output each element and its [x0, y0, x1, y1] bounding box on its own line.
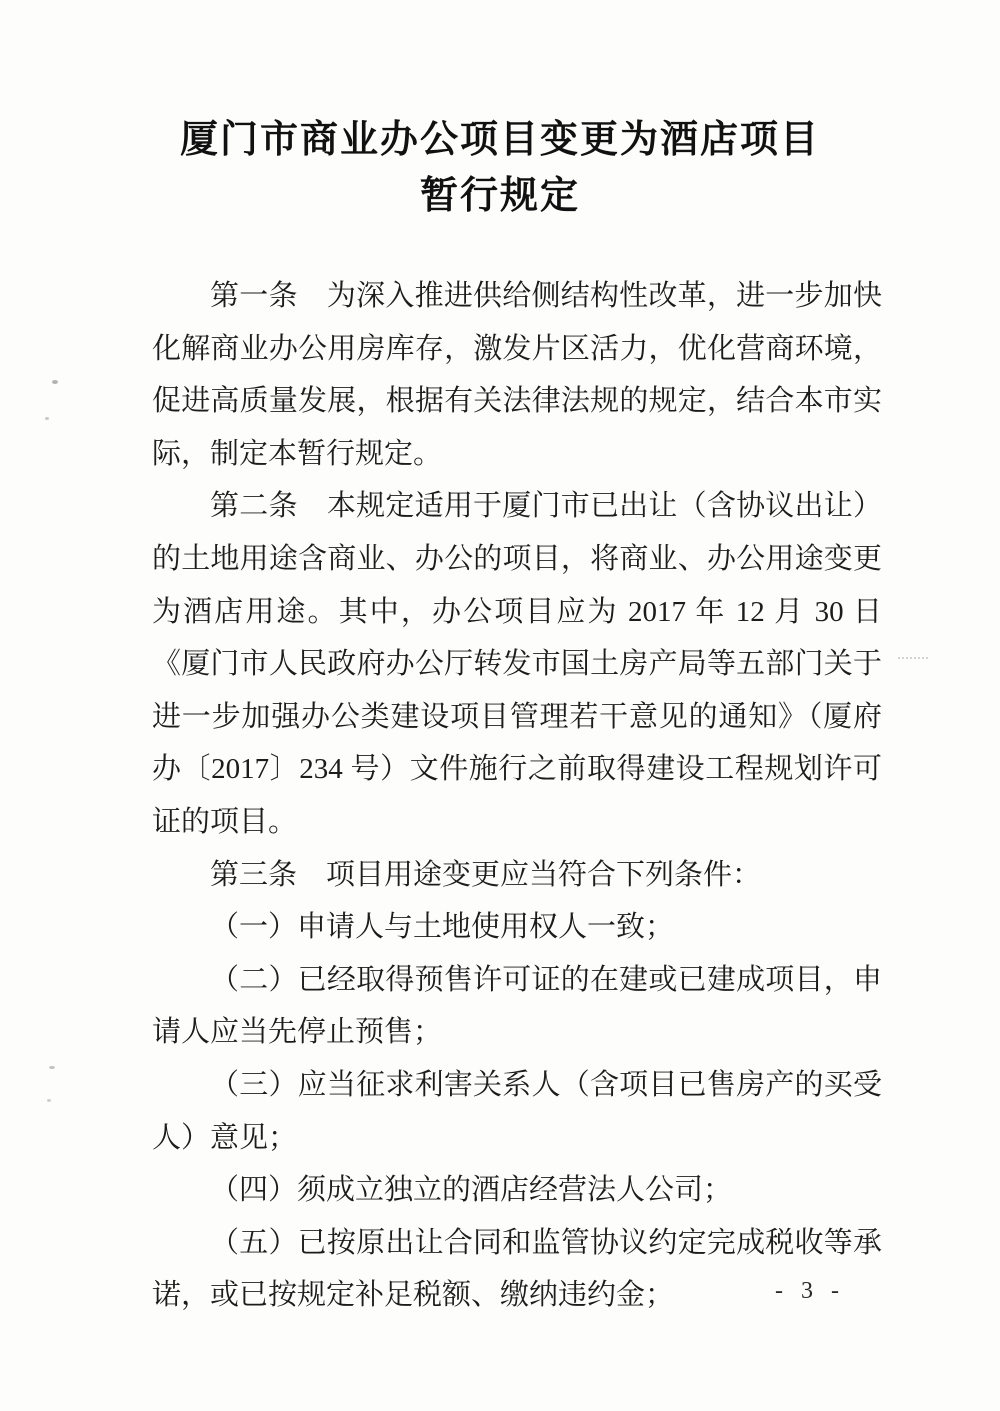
paragraph-item-2: （二）已经取得预售许可证的在建或已建成项目，申请人应当先停止预售； [152, 954, 882, 1059]
title-line-2: 暂行规定 [0, 168, 1000, 224]
paragraph-article-1: 第一条 为深入推进供给侧结构性改革，进一步加快化解商业办公用房库存，激发片区活力… [152, 270, 882, 480]
scan-speck [52, 380, 58, 384]
paragraph-item-4: （四）须成立独立的酒店经营法人公司； [152, 1164, 882, 1217]
scan-speck [49, 1066, 55, 1069]
paragraph-item-5: （五）已按原出让合同和监管协议约定完成税收等承诺，或已按规定补足税额、缴纳违约金… [152, 1217, 882, 1322]
document-body: 第一条 为深入推进供给侧结构性改革，进一步加快化解商业办公用房库存，激发片区活力… [152, 270, 882, 1322]
scan-speck [45, 417, 49, 420]
paragraph-item-3: （三）应当征求利害关系人（含项目已售房产的买受人）意见； [152, 1059, 882, 1164]
document-page: 厦门市商业办公项目变更为酒店项目 暂行规定 第一条 为深入推进供给侧结构性改革，… [0, 0, 1000, 1411]
title-line-1: 厦门市商业办公项目变更为酒店项目 [0, 112, 1000, 168]
document-title: 厦门市商业办公项目变更为酒店项目 暂行规定 [0, 112, 1000, 224]
paragraph-article-3: 第三条 项目用途变更应当符合下列条件： [152, 849, 882, 902]
paragraph-article-2: 第二条 本规定适用于厦门市已出让（含协议出让）的土地用途含商业、办公的项目，将商… [152, 480, 882, 848]
page-number: - 3 - [775, 1278, 845, 1305]
scan-speck [47, 1099, 51, 1102]
scan-dash-artifact [898, 657, 928, 661]
paragraph-item-1: （一）申请人与土地使用权人一致； [152, 901, 882, 954]
